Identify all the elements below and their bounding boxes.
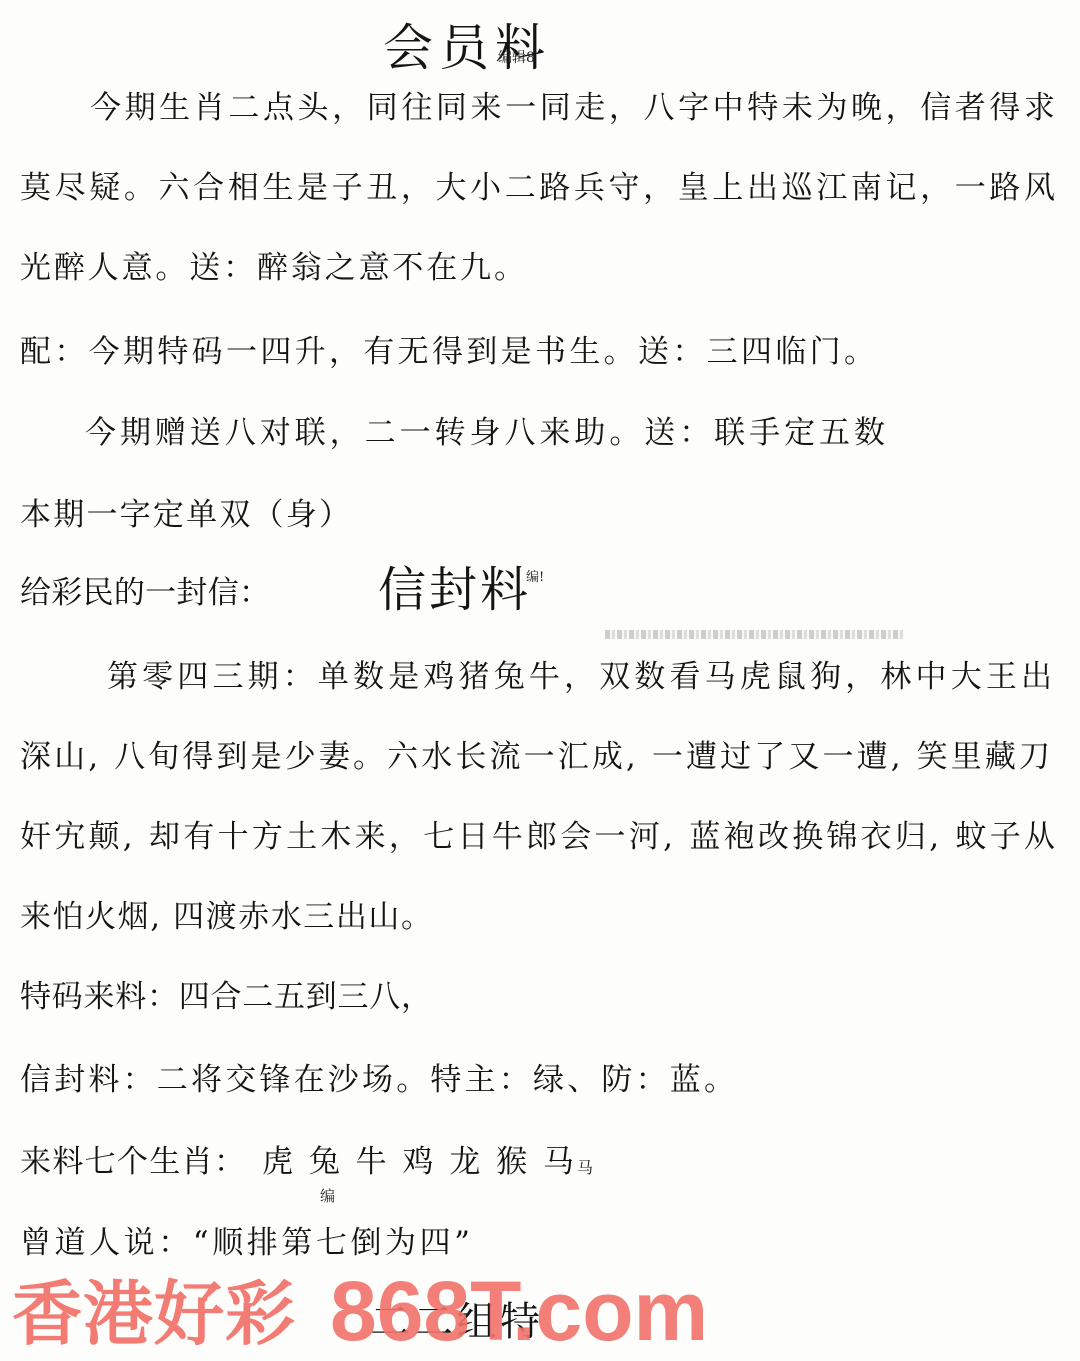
letter-line-1: 第零四三期：单数是鸡猪兔牛，双数看马虎鼠狗，林中大王出 xyxy=(107,659,1056,695)
watermark-brand-text: 香港好彩 xyxy=(12,1276,296,1352)
envelope-hint-line: 信封料：二将交锋在沙场。特主：绿、防：蓝。 xyxy=(20,1062,738,1098)
page-title: 会员料 xyxy=(383,20,551,76)
document-page: 会员料 编辑8 今期生肖二点头，同往同来一同走，八字中特未为晚，信者得求 莫尽疑… xyxy=(0,0,1080,1361)
letter-line-3: 奸宄颠, 却有十方土木来，七日牛郎会一河, 蓝袍改换锦衣归, 蚊子从 xyxy=(20,819,1058,855)
letter-line-2: 深山, 八旬得到是少妻。六水长流一汇成, 一遭过了又一遭, 笑里藏刀 xyxy=(20,739,1053,775)
letter-heading: 信封料 xyxy=(378,563,531,617)
member-paragraph-line-3: 光醉人意。送：醉翁之意不在九。 xyxy=(20,250,528,286)
special-code-line: 特码来料：四合二五到三八， xyxy=(20,979,433,1015)
couplet-gift-line: 今期赠送八对联，二一转身八来助。送：联手定五数 xyxy=(85,415,889,451)
stray-edit-mark: 编 xyxy=(320,1188,335,1204)
zodiac-extra-mark: 马 xyxy=(577,1160,593,1176)
member-paragraph-line-1: 今期生肖二点头，同往同来一同走，八字中特未为晚，信者得求 xyxy=(90,90,1059,126)
quote-line: 曾道人说：“顺排第七倒为四” xyxy=(20,1225,474,1261)
zodiac-list: 虎 兔 牛 鸡 龙 猴 马 xyxy=(262,1144,577,1180)
letter-line-4: 来怕火烟, 四渡赤水三出山。 xyxy=(20,899,434,935)
letter-heading-edit-mark: 编! xyxy=(526,570,544,586)
title-edit-mark: 编辑8 xyxy=(498,50,535,66)
odd-even-line: 本期一字定单双（身） xyxy=(20,497,352,533)
member-paragraph-line-2: 莫尽疑。六合相生是子丑，大小二路兵守，皇上出巡江南记，一路风 xyxy=(20,170,1059,206)
pairing-line: 配：今期特码一四升，有无得到是书生。送：三四临门。 xyxy=(20,334,878,370)
zodiac-label: 来料七个生肖： xyxy=(20,1144,246,1180)
cropped-text-fragment xyxy=(605,630,905,639)
letter-intro: 给彩民的一封信： xyxy=(20,575,270,611)
footer-heading: 二二组特 xyxy=(370,1299,543,1345)
